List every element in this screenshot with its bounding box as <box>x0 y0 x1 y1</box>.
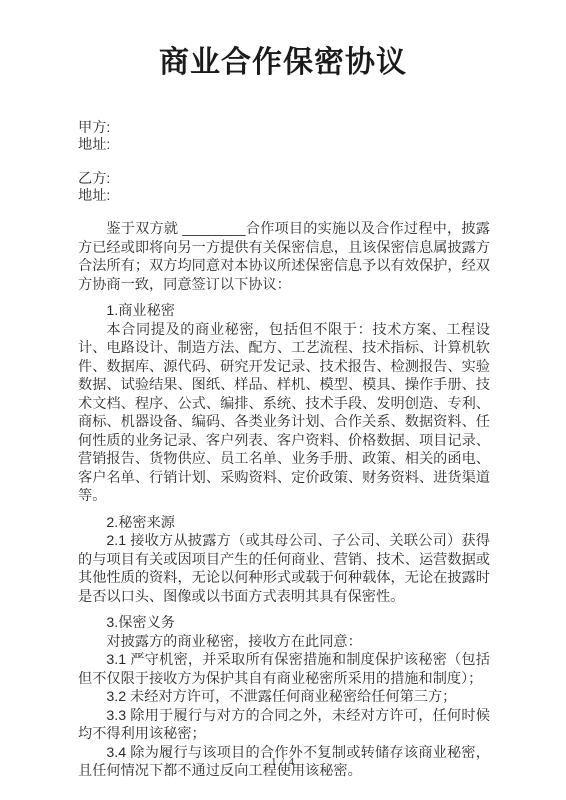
party-a-label: 甲方: <box>78 120 490 137</box>
document-page: 商业合作保密协议 甲方: 地址: 乙方: 地址: 鉴于双方就 ________合… <box>0 0 566 800</box>
section-1-heading: 1.商业秘密 <box>78 302 490 321</box>
clause-3-3-paragraph: 3.3 除用于履行与对方的合同之外，未经对方许可，任何时候均不得利用该秘密； <box>78 707 490 744</box>
party-a-block: 甲方: 地址: <box>78 120 490 153</box>
section-business-secrets: 1.商业秘密 本合同提及的商业秘密，包括但不限于：技术方案、工程设计、电路设计、… <box>78 302 490 506</box>
preamble-paragraph: 鉴于双方就 ________合作项目的实施以及合作过程中，披露方已经或即将向另一… <box>78 220 490 294</box>
clause-2-1-paragraph: 2.1 接收方从披露方（或其母公司、子公司、关联公司）获得的与项目有关或因项目产… <box>78 532 490 606</box>
clause-3-1-paragraph: 3.1 严守机密，并采取所有保密措施和制度保护该秘密（包括但不仅限于接收方为保护… <box>78 651 490 688</box>
document-content: 甲方: 地址: 乙方: 地址: 鉴于双方就 ________合作项目的实施以及合… <box>0 120 566 781</box>
page-number: 1 / 4 <box>0 757 566 768</box>
section-2-heading: 2.秘密来源 <box>78 514 490 533</box>
section-3-heading: 3.保密义务 <box>78 614 490 633</box>
document-title: 商业合作保密协议 <box>0 46 566 80</box>
clause-3-2-paragraph: 3.2 未经对方许可，不泄露任何商业秘密给任何第三方； <box>78 688 490 707</box>
section-1-body-paragraph: 本合同提及的商业秘密，包括但不限于：技术方案、工程设计、电路设计、制造方法、配方… <box>78 321 490 506</box>
section-confidentiality-obligations: 3.保密义务 对披露方的商业秘密，接收方在此同意： 3.1 严守机密，并采取所有… <box>78 614 490 781</box>
agreement-body: 鉴于双方就 ________合作项目的实施以及合作过程中，披露方已经或即将向另一… <box>78 220 490 781</box>
party-b-block: 乙方: 地址: <box>78 171 490 204</box>
party-b-address-label: 地址: <box>78 188 490 205</box>
party-a-address-label: 地址: <box>78 137 490 154</box>
section-3-intro-paragraph: 对披露方的商业秘密，接收方在此同意： <box>78 633 490 652</box>
parties-block: 甲方: 地址: 乙方: 地址: <box>78 120 490 204</box>
party-b-label: 乙方: <box>78 171 490 188</box>
section-secret-source: 2.秘密来源 2.1 接收方从披露方（或其母公司、子公司、关联公司）获得的与项目… <box>78 514 490 607</box>
